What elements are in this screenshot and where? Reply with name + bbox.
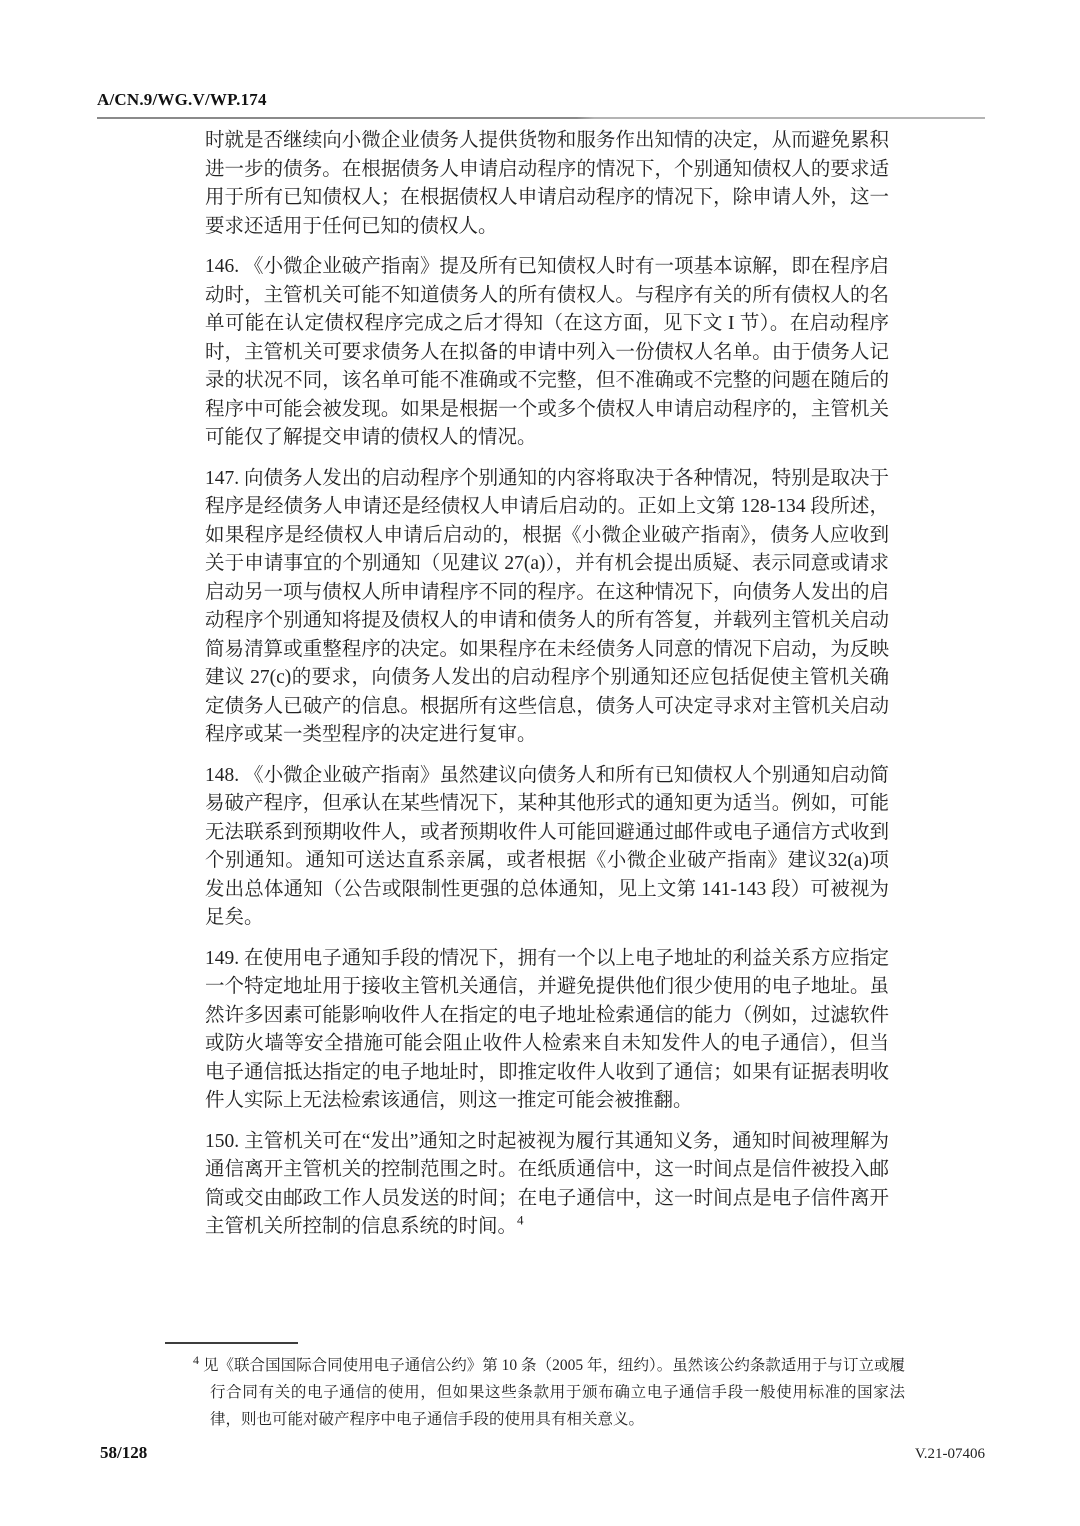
paragraph-text: 《小微企业破产指南》提及所有已知债权人时有一项基本谅解，即在程序启动时，主管机关… (205, 256, 889, 448)
document-page: A/CN.9/WG.V/WP.174 时就是否继续向小微企业债务人提供货物和服务… (0, 0, 1080, 1526)
paragraph-text: 《小微企业破产指南》虽然建议向债务人和所有已知债权人个别通知启动简易破产程序，但… (205, 765, 889, 929)
document-body: 时就是否继续向小微企业债务人提供货物和服务作出知情的决定，从而避免累积进一步的债… (205, 127, 889, 1254)
footnote-marker: 4 (193, 1353, 199, 1367)
footnote-text: 见《联合国国际合同使用电子通信公约》第 10 条（2005 年，纽约）。虽然该公… (203, 1357, 905, 1428)
paragraph-text: 时就是否继续向小微企业债务人提供货物和服务作出知情的决定，从而避免累积进一步的债… (205, 130, 889, 237)
paragraph-150: 150. 主管机关可在“发出”通知之时起被视为履行其通知义务，通知时间被理解为通… (205, 1128, 889, 1242)
paragraph-text: 向债务人发出的启动程序个别通知的内容将取决于各种情况，特别是取决于程序是经债务人… (205, 468, 889, 746)
document-symbol: A/CN.9/WG.V/WP.174 (97, 90, 267, 110)
paragraph-147: 147. 向债务人发出的启动程序个别通知的内容将取决于各种情况，特别是取决于程序… (205, 465, 889, 750)
paragraph-number: 149. (205, 948, 239, 969)
paragraph-146: 146. 《小微企业破产指南》提及所有已知债权人时有一项基本谅解，即在程序启动时… (205, 253, 889, 453)
paragraph-number: 147. (205, 468, 239, 489)
page-number: 58/128 (100, 1443, 147, 1463)
paragraph-continuation: 时就是否继续向小微企业债务人提供货物和服务作出知情的决定，从而避免累积进一步的债… (205, 127, 889, 241)
header-rule (97, 117, 985, 119)
paragraph-number: 148. (205, 765, 239, 786)
paragraph-number: 146. (205, 256, 239, 277)
document-job-number: V.21-07406 (915, 1446, 985, 1463)
paragraph-148: 148. 《小微企业破产指南》虽然建议向债务人和所有已知债权人个别通知启动简易破… (205, 762, 889, 933)
paragraph-number: 150. (205, 1131, 239, 1152)
footnote-separator (165, 1342, 298, 1344)
footnote: 4见《联合国国际合同使用电子通信公约》第 10 条（2005 年，纽约）。虽然该… (193, 1352, 905, 1433)
paragraph-text: 主管机关可在“发出”通知之时起被视为履行其通知义务，通知时间被理解为通信离开主管… (205, 1131, 889, 1238)
paragraph-text: 在使用电子通知手段的情况下，拥有一个以上电子地址的利益关系方应指定一个特定地址用… (205, 948, 889, 1112)
footnote-reference: 4 (517, 1213, 524, 1228)
paragraph-149: 149. 在使用电子通知手段的情况下，拥有一个以上电子地址的利益关系方应指定一个… (205, 945, 889, 1116)
